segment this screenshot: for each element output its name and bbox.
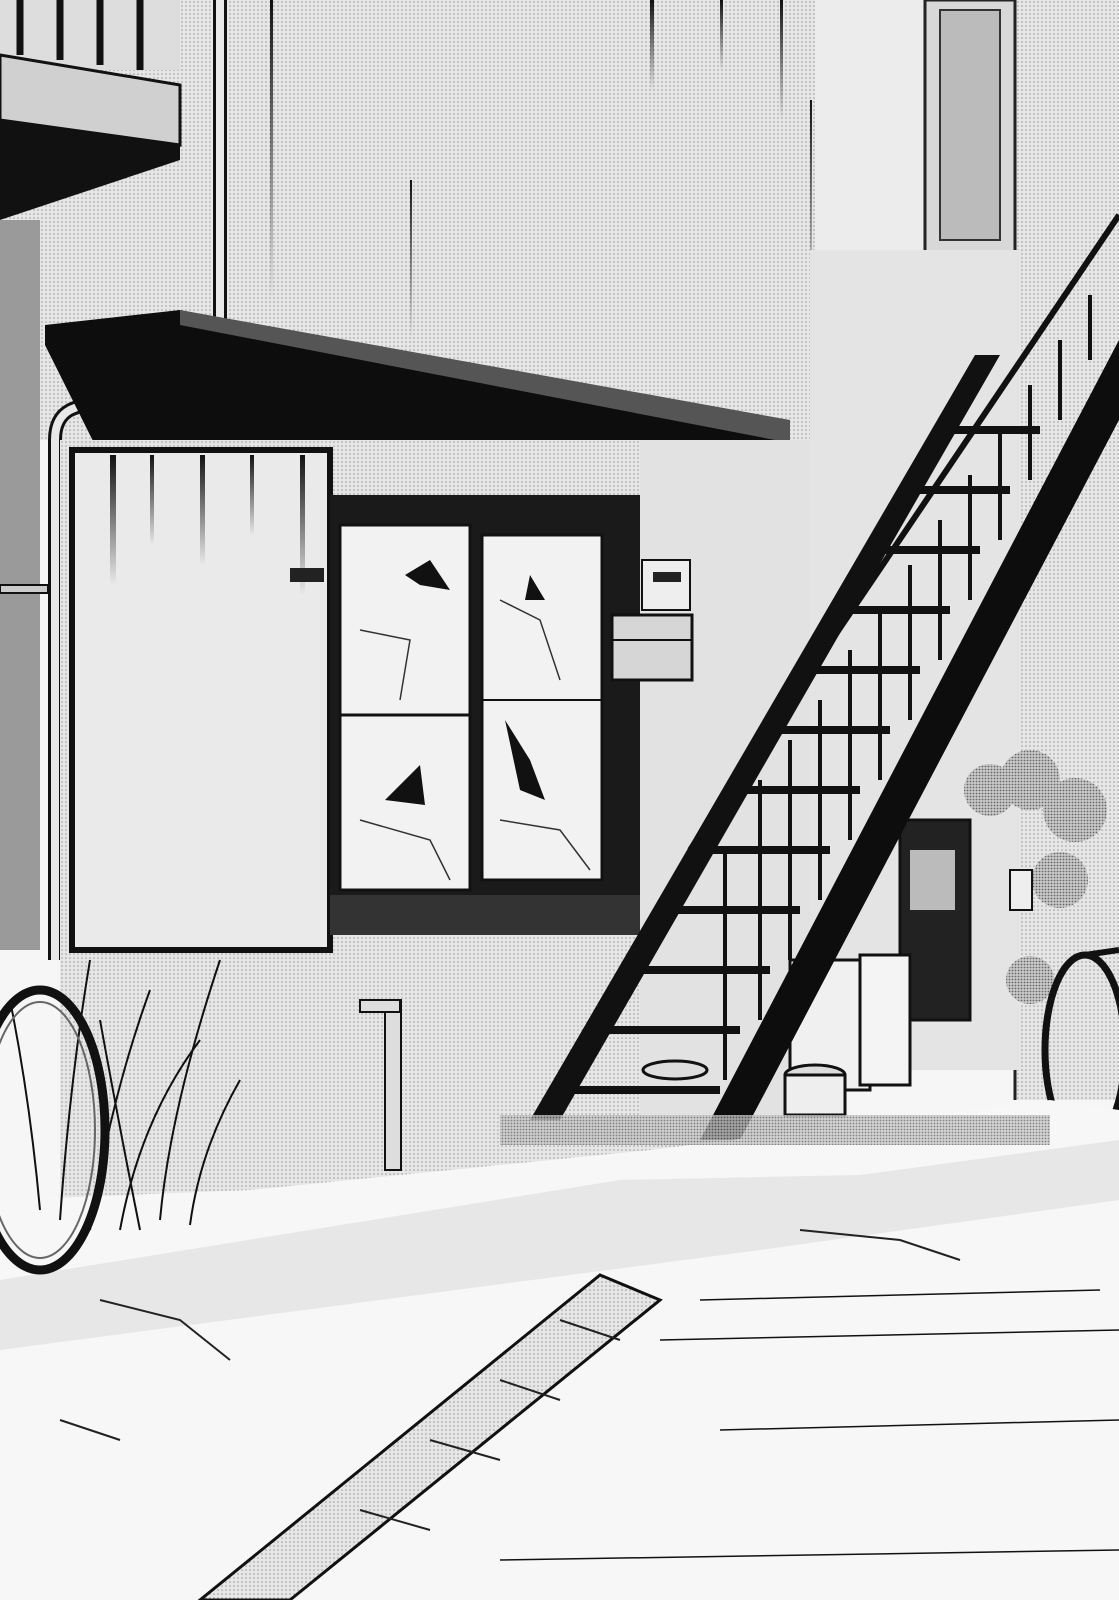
boarded-panel bbox=[72, 450, 330, 950]
illustration-scene bbox=[0, 0, 1119, 1600]
broken-window bbox=[330, 495, 640, 935]
